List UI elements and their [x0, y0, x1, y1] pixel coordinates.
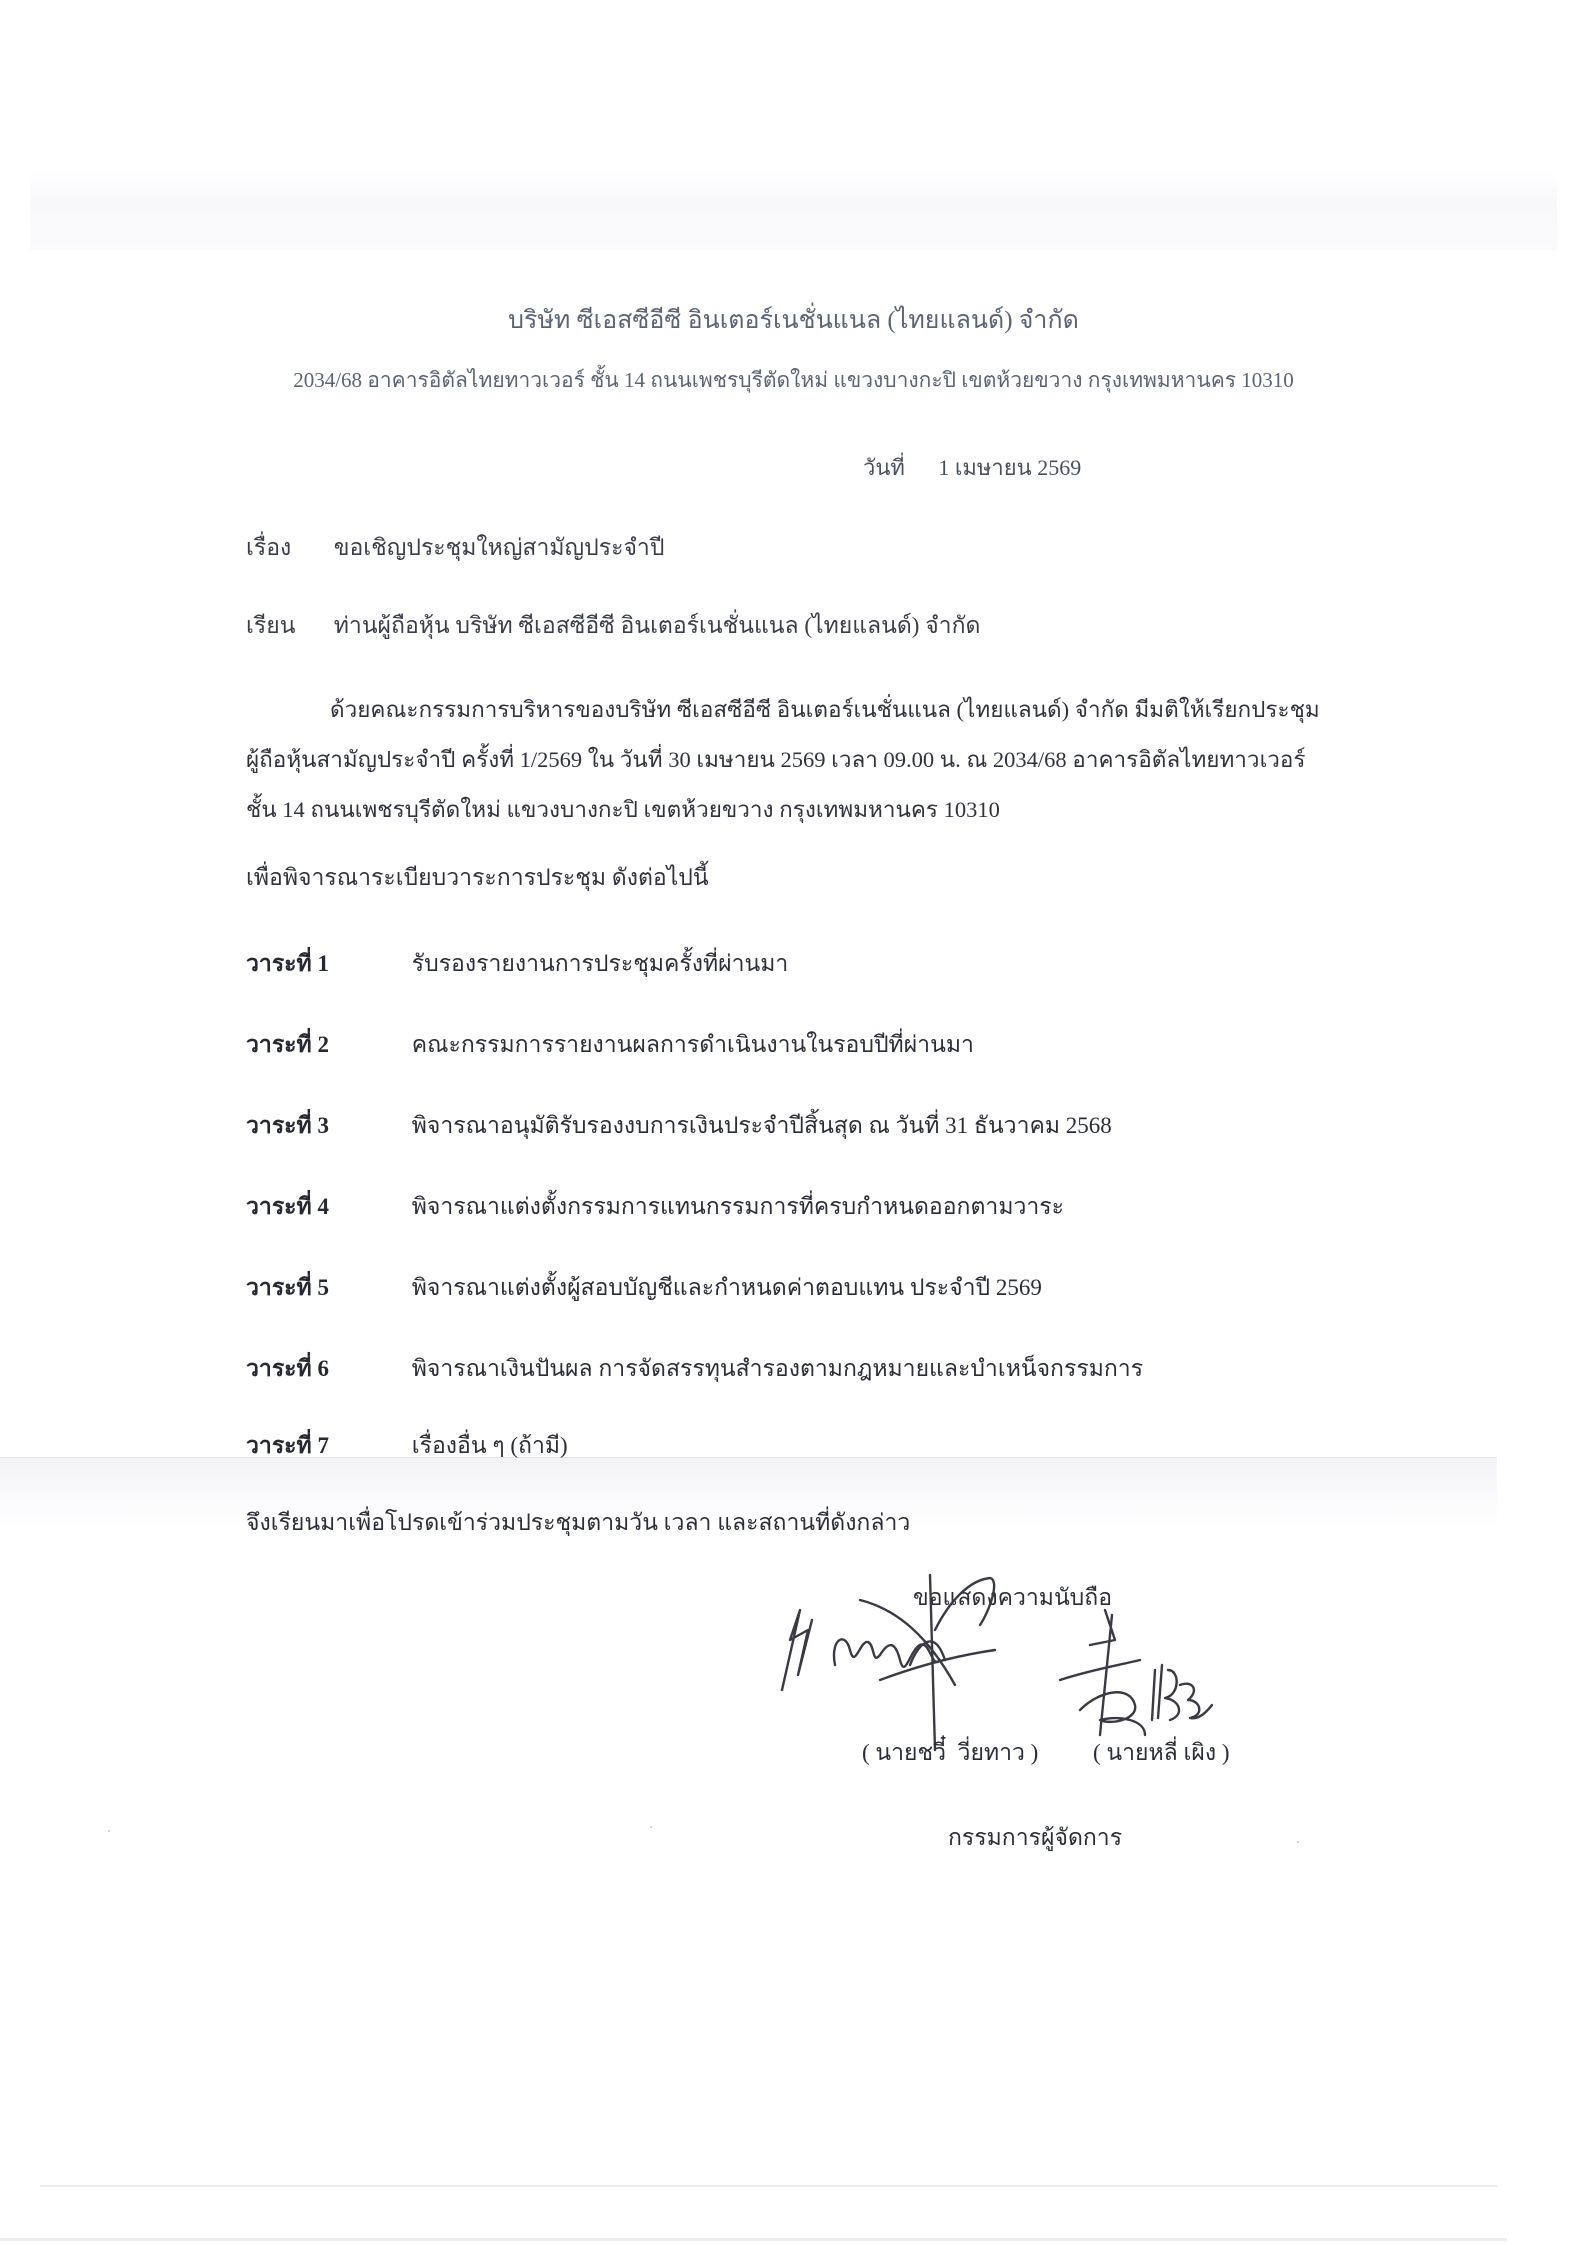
- agenda-text: เรื่องอื่น ๆ (ถ้ามี): [412, 1433, 568, 1458]
- agenda-item: วาระที่ 4 พิจารณาแต่งตั้งกรรมการแทนกรรมก…: [246, 1189, 1064, 1225]
- agenda-text: พิจารณาแต่งตั้งกรรมการแทนกรรมการที่ครบกำ…: [412, 1194, 1064, 1219]
- scan-speck: [1297, 1841, 1299, 1843]
- date-label: วันที่: [863, 455, 905, 480]
- scan-speck: [108, 1830, 110, 1832]
- signer-name: ( นายหลี่ เผิง ): [1093, 1735, 1230, 1771]
- agenda-intro: เพื่อพิจารณาระเบียบวาระการประชุม ดังต่อไ…: [246, 860, 709, 896]
- signer-title: กรรมการผู้จัดการ: [948, 1820, 1122, 1856]
- agenda-text: พิจารณาอนุมัติรับรองงบการเงินประจำปีสิ้น…: [412, 1113, 1112, 1138]
- subject-value: ขอเชิญประชุมใหญ่สามัญประจำปี: [334, 535, 665, 560]
- body-line: ผู้ถือหุ้นสามัญประจำปี ครั้งที่ 1/2569 ใ…: [246, 735, 1386, 785]
- company-name: บริษัท ซีเอสซีอีซี อินเตอร์เนชั่นแนล (ไท…: [0, 300, 1587, 340]
- subject-label: เรื่อง: [246, 530, 328, 566]
- agenda-number: วาระที่ 4: [246, 1189, 406, 1225]
- closing-statement: จึงเรียนมาเพื่อโปรดเข้าร่วมประชุมตามวัน …: [246, 1505, 910, 1541]
- date-value: 1 เมษายน 2569: [938, 455, 1081, 480]
- agenda-text: รับรองรายงานการประชุมครั้งที่ผ่านมา: [412, 951, 789, 976]
- recipient-value: ท่านผู้ถือหุ้น บริษัท ซีเอสซีอีซี อินเตอ…: [334, 613, 981, 638]
- subject-line: เรื่อง ขอเชิญประชุมใหญ่สามัญประจำปี: [246, 530, 664, 566]
- agenda-number: วาระที่ 7: [246, 1428, 406, 1464]
- agenda-number: วาระที่ 1: [246, 946, 406, 982]
- agenda-text: คณะกรรมการรายงานผลการดำเนินงานในรอบปีที่…: [412, 1032, 974, 1057]
- agenda-item: วาระที่ 1 รับรองรายงานการประชุมครั้งที่ผ…: [246, 946, 788, 982]
- agenda-number: วาระที่ 3: [246, 1108, 406, 1144]
- recipient-line: เรียน ท่านผู้ถือหุ้น บริษัท ซีเอสซีอีซี …: [246, 608, 980, 644]
- letter-date: วันที่ 1 เมษายน 2569: [863, 450, 1081, 485]
- signature-image: [760, 1570, 1280, 1760]
- agenda-item: วาระที่ 6 พิจารณาเงินปันผล การจัดสรรทุนส…: [246, 1351, 1143, 1387]
- agenda-number: วาระที่ 5: [246, 1270, 406, 1306]
- signer-name: ( นายชวี๋ วี่ยทาว ): [862, 1735, 1038, 1771]
- recipient-label: เรียน: [246, 608, 328, 644]
- company-address: 2034/68 อาคารอิตัลไทยทาวเวอร์ ชั้น 14 ถน…: [0, 364, 1587, 397]
- agenda-text: พิจารณาแต่งตั้งผู้สอบบัญชีและกำหนดค่าตอบ…: [412, 1275, 1042, 1300]
- agenda-number: วาระที่ 2: [246, 1027, 406, 1063]
- agenda-item: วาระที่ 5 พิจารณาแต่งตั้งผู้สอบบัญชีและก…: [246, 1270, 1042, 1306]
- agenda-number: วาระที่ 6: [246, 1351, 406, 1387]
- body-line: ด้วยคณะกรรมการบริหารของบริษัท ซีเอสซีอีซ…: [246, 685, 1386, 735]
- body-paragraph: ด้วยคณะกรรมการบริหารของบริษัท ซีเอสซีอีซ…: [246, 685, 1386, 835]
- body-line: ชั้น 14 ถนนเพชรบุรีตัดใหม่ แขวงบางกะปิ เ…: [246, 785, 1386, 835]
- agenda-text: พิจารณาเงินปันผล การจัดสรรทุนสำรองตามกฎห…: [412, 1356, 1143, 1381]
- letter-page: บริษัท ซีเอสซีอีซี อินเตอร์เนชั่นแนล (ไท…: [0, 0, 1587, 2245]
- scan-speck: [650, 1826, 652, 1828]
- agenda-item: วาระที่ 3 พิจารณาอนุมัติรับรองงบการเงินป…: [246, 1108, 1112, 1144]
- agenda-item: วาระที่ 7 เรื่องอื่น ๆ (ถ้ามี): [246, 1428, 568, 1464]
- agenda-item: วาระที่ 2 คณะกรรมการรายงานผลการดำเนินงาน…: [246, 1027, 974, 1063]
